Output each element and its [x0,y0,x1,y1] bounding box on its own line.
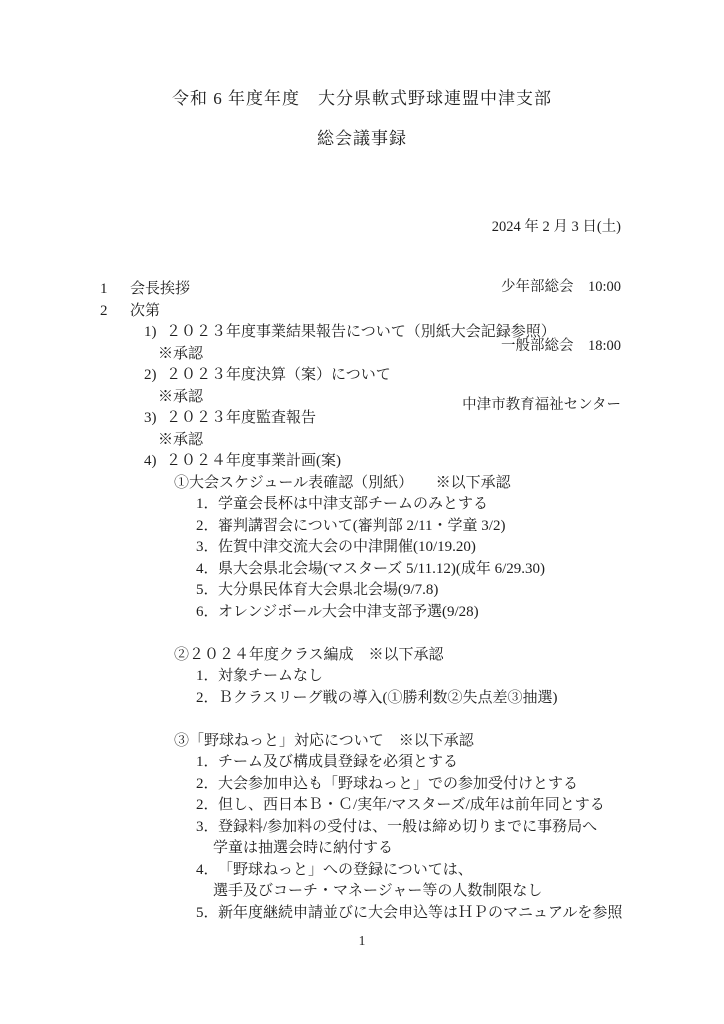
document-line: 3)２０２３年度監査報告 [0,408,724,430]
line-text: ※承認 [158,346,203,362]
line-text: 「野球ねっと」への登録については、 [218,862,473,878]
line-marker: 3． [196,817,218,839]
document-line: 2．但し、西日本Ｂ・Ｃ/実年/マスターズ/成年は前年同とする [0,795,724,817]
line-text: 新年度継続申請並びに大会申込等はＨＰのマニュアルを参照 [218,905,622,921]
line-text: 大会参加申込も「野球ねっと」での参加受付けとする [218,776,578,792]
line-text: Ｂクラスリーグ戦の導入(①勝利数②失点差③抽選) [218,690,558,706]
document-line: ※承認 [0,387,724,409]
line-marker: 1) [144,322,166,344]
line-text: ２０２３年度事業結果報告について（別紙大会記録参照） [166,324,556,340]
line-text: ※承認 [158,432,203,448]
document-line: 学童は抽選会時に納付する [0,838,724,860]
page-number: 1 [0,933,724,949]
line-marker: 4． [196,860,218,882]
line-text: ２０２４年度事業計画(案) [166,453,341,469]
document-line: 1．学童会長杯は中津支部チームのみとする [0,494,724,516]
line-text: ①大会スケジュール表確認（別紙） ※以下承認 [174,475,511,491]
line-text: オレンジボール大会中津支部予選(9/28) [218,604,479,620]
line-text: 県大会県北会場(マスターズ 5/11.12)(成年 6/29.30) [218,561,545,577]
line-marker: 5． [196,903,218,925]
line-marker: 4． [196,559,218,581]
document-subtitle: 総会議事録 [0,124,724,149]
document-line: 2．審判講習会について(審判部 2/11・学童 3/2) [0,516,724,538]
line-marker: 1 [100,279,130,301]
line-marker: 4) [144,451,166,473]
line-text: ※承認 [158,389,203,405]
line-marker: 1． [196,666,218,688]
line-marker: 1． [196,494,218,516]
document-line: ※承認 [0,344,724,366]
line-text: チーム及び構成員登録を必須とする [218,754,458,770]
document-line: 選手及びコーチ・マネージャー等の人数制限なし [0,881,724,903]
line-marker: 1． [196,752,218,774]
line-marker: 3) [144,408,166,430]
line-text: ③「野球ねっと」対応について ※以下承認 [174,733,474,749]
document-line: 1．チーム及び構成員登録を必須とする [0,752,724,774]
line-text: 但し、西日本Ｂ・Ｃ/実年/マスターズ/成年は前年同とする [218,797,605,813]
document-line: 1．対象チームなし [0,666,724,688]
document-line: 3．登録料/参加料の受付は、一般は締め切りまでに事務局へ [0,817,724,839]
line-marker: 2 [100,301,130,323]
document-line: 1)２０２３年度事業結果報告について（別紙大会記録参照） [0,322,724,344]
document-line: 3．佐賀中津交流大会の中津開催(10/19.20) [0,537,724,559]
line-marker: 2) [144,365,166,387]
document-line: ①大会スケジュール表確認（別紙） ※以下承認 [0,473,724,495]
document-line: 5．新年度継続申請並びに大会申込等はＨＰのマニュアルを参照 [0,903,724,925]
line-text: 対象チームなし [218,668,323,684]
line-text: ②２０２４年度クラス編成 ※以下承認 [174,647,444,663]
document-line: 4)２０２４年度事業計画(案) [0,451,724,473]
document-line: 6．オレンジボール大会中津支部予選(9/28) [0,602,724,624]
document-line: ※承認 [0,430,724,452]
document-page: 令和 6 年度年度 大分県軟式野球連盟中津支部 総会議事録 2024 年 2 月… [0,0,724,1024]
document-line: 2．大会参加申込も「野球ねっと」での参加受付けとする [0,774,724,796]
line-marker: 3． [196,537,218,559]
document-line: ③「野球ねっと」対応について ※以下承認 [0,731,724,753]
line-marker: 2． [196,516,218,538]
line-text: 学童は抽選会時に納付する [213,840,393,856]
document-line: 2．Ｂクラスリーグ戦の導入(①勝利数②失点差③抽選) [0,688,724,710]
line-text: 佐賀中津交流大会の中津開催(10/19.20) [218,539,476,555]
document-line: 2次第 [0,301,724,323]
document-line: 1会長挨拶 [0,279,724,301]
line-text: ２０２３年度監査報告 [166,410,316,426]
document-line [0,709,724,731]
line-marker: 2． [196,795,218,817]
document-line: 2)２０２３年度決算（案）について [0,365,724,387]
document-line [0,623,724,645]
line-text: 選手及びコーチ・マネージャー等の人数制限なし [213,883,542,899]
document-line: 4．「野球ねっと」への登録については、 [0,860,724,882]
line-marker: 2． [196,688,218,710]
document-body: 1会長挨拶2次第1)２０２３年度事業結果報告について（別紙大会記録参照）※承認2… [0,279,724,924]
line-text: ２０２３年度決算（案）について [166,367,391,383]
document-line: 5．大分県民体育大会県北会場(9/7.8) [0,580,724,602]
document-title: 令和 6 年度年度 大分県軟式野球連盟中津支部 [0,84,724,109]
line-text: 登録料/参加料の受付は、一般は締め切りまでに事務局へ [218,819,597,835]
meeting-date: 2024 年 2 月 3 日(土) [462,218,621,238]
document-line: ②２０２４年度クラス編成 ※以下承認 [0,645,724,667]
line-text: 学童会長杯は中津支部チームのみとする [218,496,488,512]
line-marker: 2． [196,774,218,796]
line-text: 審判講習会について(審判部 2/11・学童 3/2) [218,518,505,534]
line-marker: 6． [196,602,218,624]
document-line: 4．県大会県北会場(マスターズ 5/11.12)(成年 6/29.30) [0,559,724,581]
line-text: 会長挨拶 [130,281,190,297]
line-text: 大分県民体育大会県北会場(9/7.8) [218,582,438,598]
line-marker: 5． [196,580,218,602]
line-text: 次第 [130,303,160,319]
